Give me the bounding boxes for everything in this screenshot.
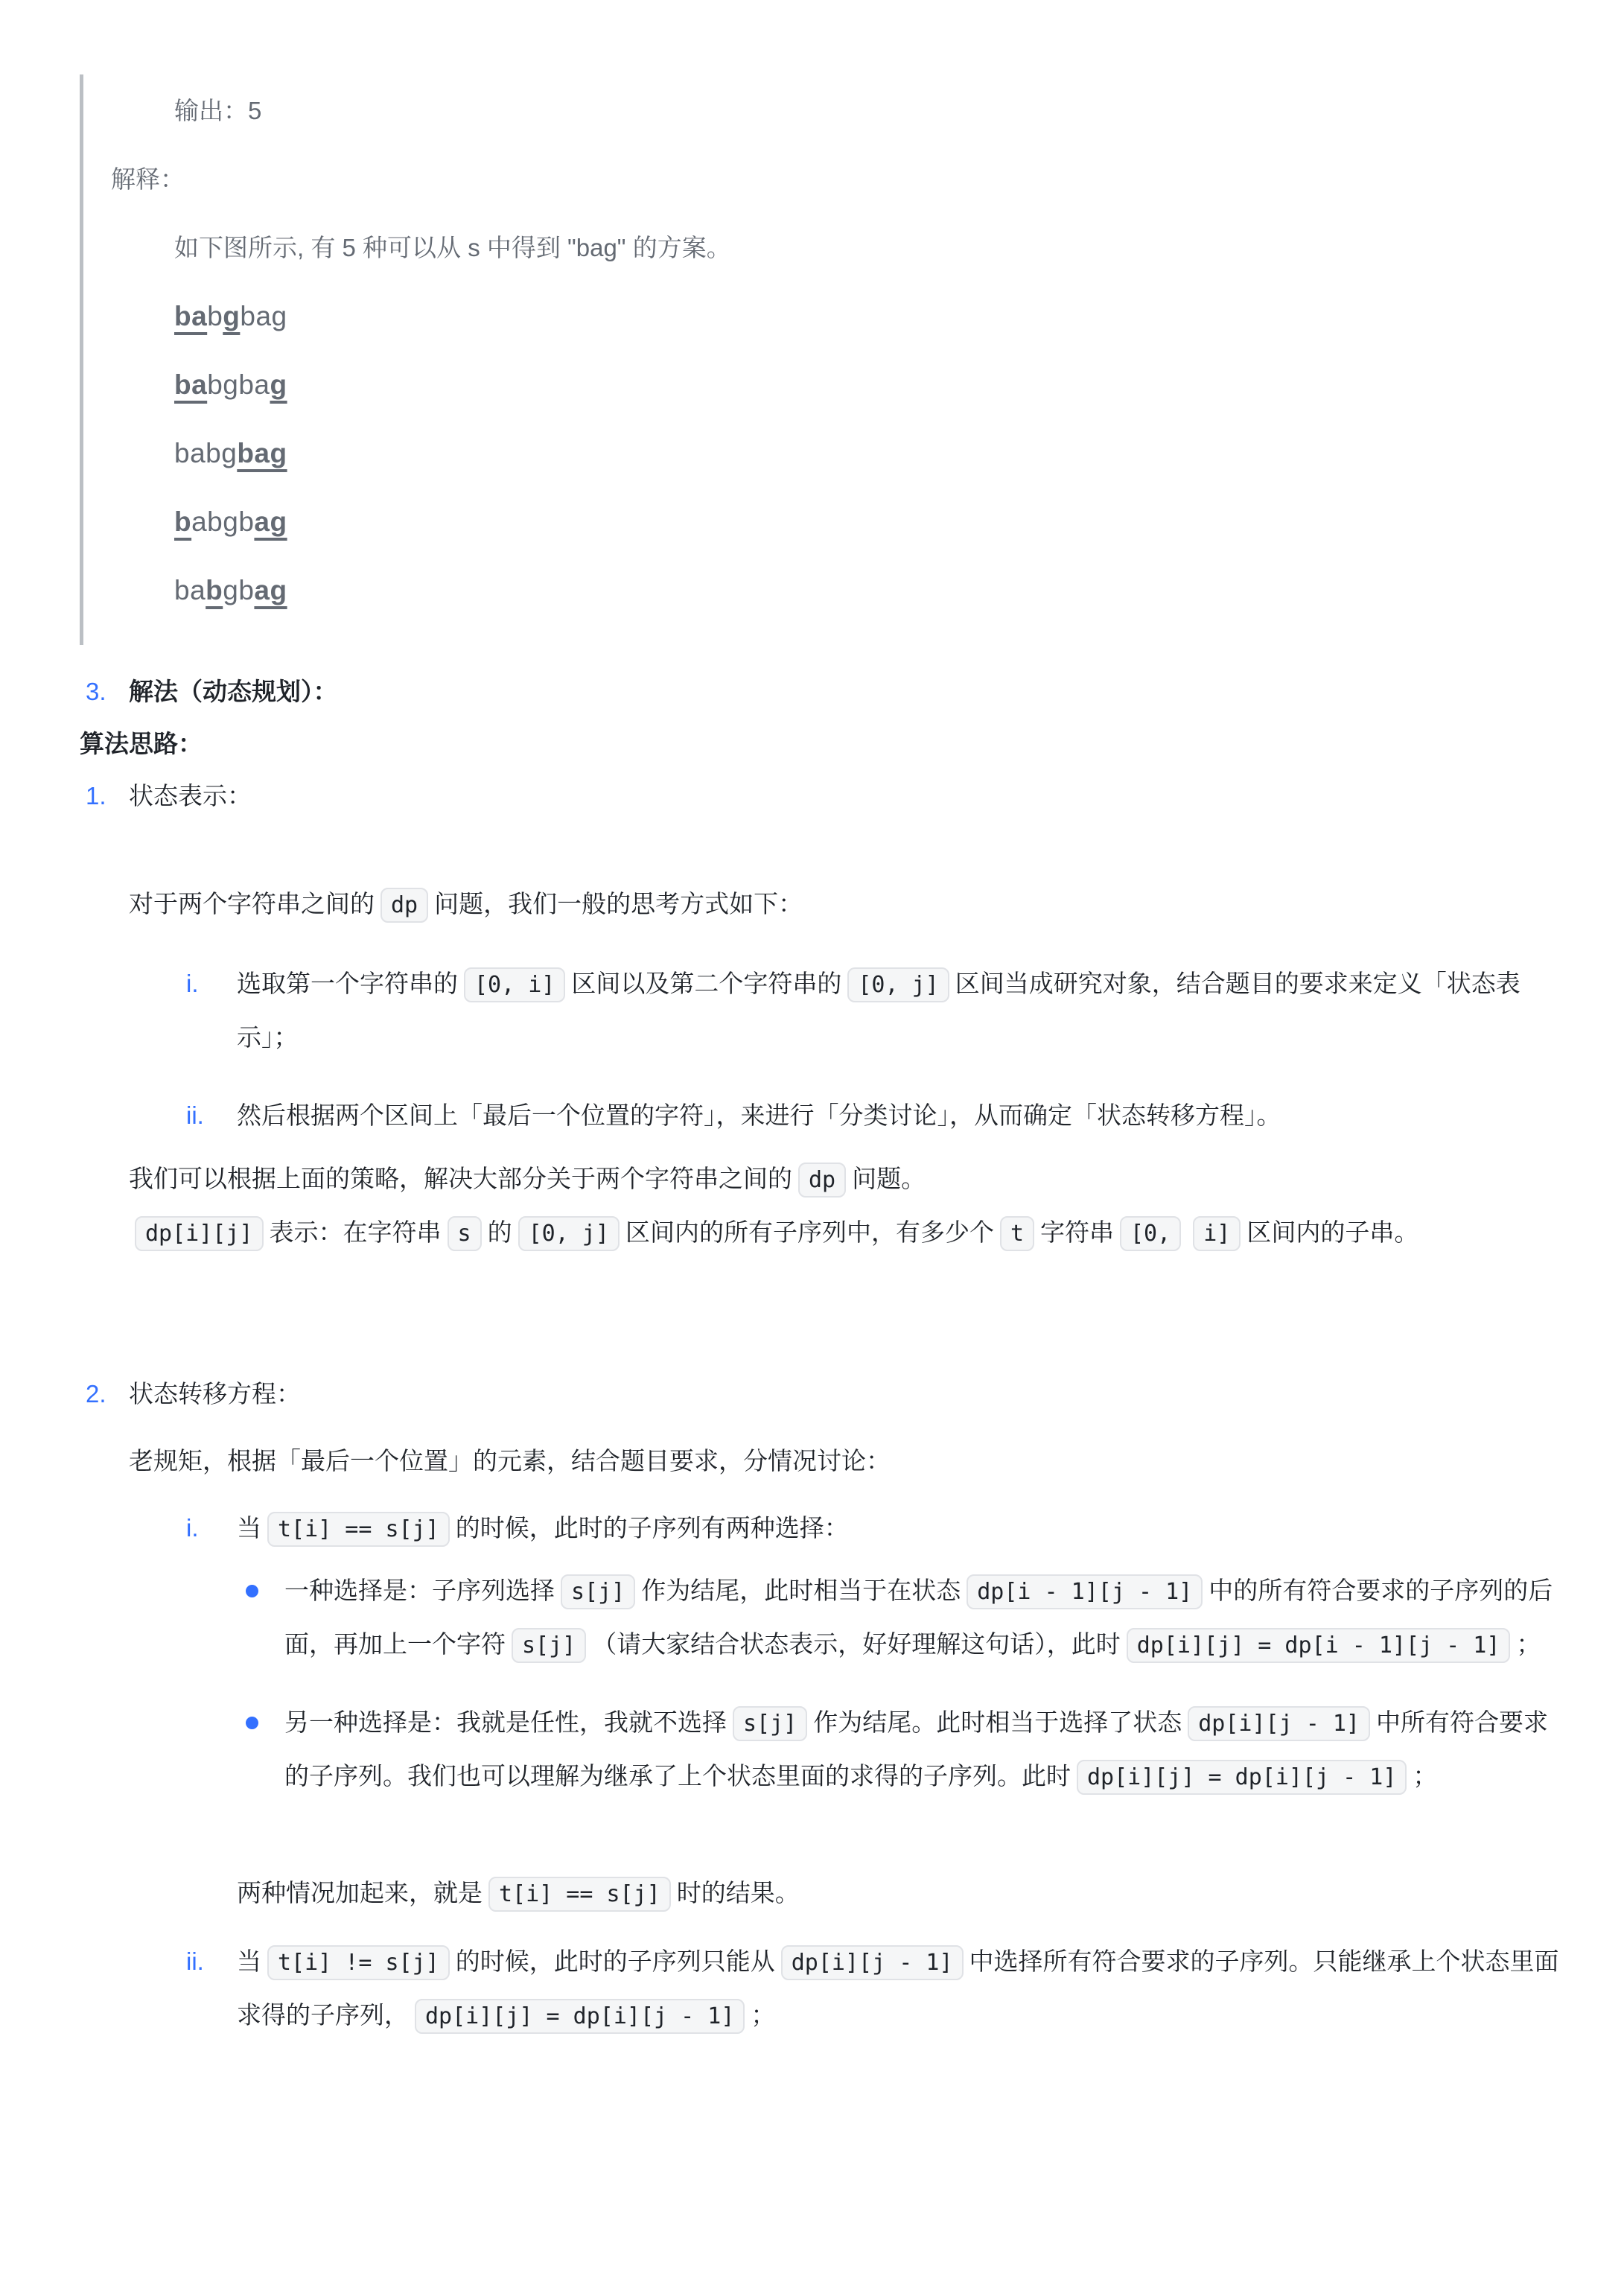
choice-one-text: 一种选择是：子序列选择s[j]作为结尾，此时相当于在状态dp[i - 1][j … xyxy=(284,1565,1572,1672)
inline-code: t xyxy=(1000,1216,1034,1251)
state-item-number: 1. xyxy=(86,770,129,822)
text-segment: 的 xyxy=(488,1218,512,1246)
inline-code: dp[i][j - 1] xyxy=(781,1945,964,1980)
section-solution-number: 3. xyxy=(86,666,129,718)
document-page: 输出：5 解释： 如下图所示, 有 5 种可以从 s 中得到 "bag" 的方案… xyxy=(0,0,1624,2296)
section-solution-title: 解法（动态规划）： xyxy=(129,666,338,718)
transition-item: 2. 状态转移方程： xyxy=(86,1368,1572,1420)
choice-one-item: 一种选择是：子序列选择s[j]作为结尾，此时相当于在状态dp[i - 1][j … xyxy=(86,1565,1572,1672)
text-segment: 的时候，此时的子序列只能从 xyxy=(456,1947,775,1975)
subsequence-line-1: babgbag xyxy=(111,290,1572,343)
text-segment: 解释： xyxy=(111,165,185,193)
inline-code: dp[i - 1][j - 1] xyxy=(967,1574,1203,1609)
subsequence-line-5: babgbag xyxy=(111,565,1572,617)
subsequence-line-2: babgbag xyxy=(111,359,1572,411)
text-segment: bag xyxy=(237,438,287,468)
bullet-icon xyxy=(246,1717,258,1729)
bullet-icon xyxy=(246,1585,258,1597)
inline-code: s[j] xyxy=(512,1628,586,1663)
inline-code: s[j] xyxy=(561,1574,635,1609)
state-item: 1. 状态表示： xyxy=(86,770,1572,822)
document-content: 输出：5 解释： 如下图所示, 有 5 种可以从 s 中得到 "bag" 的方案… xyxy=(0,0,1624,2043)
text-segment: 区间内的子串。 xyxy=(1246,1218,1418,1246)
text-segment: 区间以及第二个字符串的 xyxy=(571,970,841,997)
inline-code: t[i] != s[j] xyxy=(267,1945,450,1980)
transition-intro-paragraph: 老规矩，根据「最后一个位置」的元素，结合题目要求，分情况讨论： xyxy=(86,1435,1572,1487)
text-segment: 的时候，此时的子序列有两种选择： xyxy=(456,1514,849,1542)
approach-heading: 算法思路： xyxy=(80,718,1572,770)
inline-code: dp[i][j] xyxy=(135,1216,264,1251)
text-segment: ba xyxy=(174,301,207,331)
text-segment: 作为结尾，此时相当于在状态 xyxy=(641,1577,961,1604)
text-segment: b xyxy=(174,506,191,537)
text-segment: 字符串 xyxy=(1040,1218,1114,1246)
output-line: 输出：5 xyxy=(111,85,1572,137)
text-segment: 当 xyxy=(237,1947,261,1975)
explain-label: 解释： xyxy=(111,153,1572,206)
text-segment: ag xyxy=(254,575,287,605)
inline-code: s[j] xyxy=(733,1706,807,1741)
text-segment: g xyxy=(270,369,287,400)
subsequence-line-3: babgbag xyxy=(111,427,1572,480)
inline-code: i] xyxy=(1193,1216,1241,1251)
inline-code: [0, j] xyxy=(518,1216,620,1251)
inline-code: dp[i][j] = dp[i][j - 1] xyxy=(415,1999,745,2034)
text-segment: 作为结尾。此时相当于选择了状态 xyxy=(813,1708,1182,1736)
text-segment: 两种情况加起来，就是 xyxy=(237,1879,483,1907)
example-description: 如下图所示, 有 5 种可以从 s 中得到 "bag" 的方案。 xyxy=(111,222,1572,274)
text-segment: bgba xyxy=(207,369,270,400)
text-segment: g xyxy=(223,301,240,331)
inline-code: s xyxy=(448,1216,482,1251)
choice-two-text: 另一种选择是：我就是任性，我就不选择s[j]作为结尾。此时相当于选择了状态dp[… xyxy=(284,1696,1572,1804)
text-segment: gb xyxy=(223,575,254,605)
text-segment: ； xyxy=(1413,1762,1437,1790)
transition-roman-item-ii: ii. 当t[i] != s[j]的时候，此时的子序列只能从dp[i][j - … xyxy=(86,1936,1572,2043)
example-quote: 输出：5 解释： 如下图所示, 有 5 种可以从 s 中得到 "bag" 的方案… xyxy=(80,74,1572,645)
roman-numeral-ii: ii. xyxy=(186,1090,237,1142)
text-segment: bag xyxy=(240,301,287,331)
state-roman-i-text: 选取第一个字符串的[0, i]区间以及第二个字符串的[0, j]区间当成研究对象… xyxy=(237,958,1572,1063)
roman-numeral-ii: ii. xyxy=(186,1936,237,2043)
inline-code: t[i] == s[j] xyxy=(488,1877,671,1912)
text-segment: 老规矩，根据「最后一个位置」的元素，结合题目要求，分情况讨论： xyxy=(129,1447,891,1475)
roman-numeral-i: i. xyxy=(186,958,237,1063)
text-segment: 另一种选择是：我就是任性，我就不选择 xyxy=(284,1708,727,1736)
inline-code: dp xyxy=(380,888,428,923)
text-segment: babg xyxy=(174,438,237,468)
inline-code: [0, i] xyxy=(464,967,565,1002)
choice-two-item: 另一种选择是：我就是任性，我就不选择s[j]作为结尾。此时相当于选择了状态dp[… xyxy=(86,1696,1572,1804)
text-segment: ； xyxy=(1516,1630,1541,1658)
text-segment: 问题，我们一般的思考方式如下： xyxy=(434,890,803,918)
state-roman-item-ii: ii. 然后根据两个区间上「最后一个位置的字符」，来进行「分类讨论」，从而确定「… xyxy=(86,1090,1572,1142)
text-segment: 输出：5 xyxy=(174,97,261,124)
text-segment: 对于两个字符串之间的 xyxy=(129,890,375,918)
text-segment: b xyxy=(206,575,223,605)
transition-roman-item-i: i. 当t[i] == s[j]的时候，此时的子序列有两种选择： xyxy=(86,1502,1572,1556)
state-item-title: 状态表示： xyxy=(129,770,252,822)
text-segment: b xyxy=(207,301,223,331)
text-segment: ag xyxy=(254,506,287,537)
subsequence-line-4: babgbag xyxy=(111,496,1572,548)
roman-numeral-i: i. xyxy=(186,1502,237,1556)
text-segment: ba xyxy=(174,369,207,400)
inline-code: dp[i][j] = dp[i][j - 1] xyxy=(1077,1760,1407,1795)
state-roman-item-i: i. 选取第一个字符串的[0, i]区间以及第二个字符串的[0, j]区间当成研… xyxy=(86,958,1572,1063)
text-segment: 如下图所示, 有 5 种可以从 s 中得到 "bag" 的方案。 xyxy=(174,234,731,261)
text-segment: 选取第一个字符串的 xyxy=(237,970,458,997)
state-roman-ii-text: 然后根据两个区间上「最后一个位置的字符」，来进行「分类讨论」，从而确定「状态转移… xyxy=(237,1090,1281,1142)
text-segment: 一种选择是：子序列选择 xyxy=(284,1577,555,1604)
text-segment: （请大家结合状态表示，好好理解这句话），此时 xyxy=(592,1630,1121,1658)
transition-item-title: 状态转移方程： xyxy=(129,1368,301,1420)
text-segment: ； xyxy=(751,2001,775,2029)
sum-paragraph: 两种情况加起来，就是t[i] == s[j]时的结果。 xyxy=(86,1867,1572,1921)
text-segment: 问题。 xyxy=(852,1165,926,1192)
text-segment: abgb xyxy=(191,506,254,537)
state-strategy-paragraph: 我们可以根据上面的策略，解决大部分关于两个字符串之间的dp问题。 xyxy=(86,1153,1572,1206)
text-segment: 区间内的所有子序列中，有多少个 xyxy=(625,1218,994,1246)
inline-code: [0, j] xyxy=(847,967,949,1002)
state-definition-paragraph: dp[i][j]表示：在字符串s的[0, j]区间内的所有子序列中，有多少个t字… xyxy=(86,1206,1572,1260)
inline-code: dp[i][j - 1] xyxy=(1188,1706,1370,1741)
inline-code: dp[i][j] = dp[i - 1][j - 1] xyxy=(1127,1628,1511,1663)
inline-code: [0, xyxy=(1120,1216,1181,1251)
section-solution-item: 3. 解法（动态规划）： xyxy=(86,666,1572,718)
text-segment: 然后根据两个区间上「最后一个位置的字符」，来进行「分类讨论」，从而确定「状态转移… xyxy=(237,1101,1281,1129)
transition-roman-ii-text: 当t[i] != s[j]的时候，此时的子序列只能从dp[i][j - 1]中选… xyxy=(237,1936,1572,2043)
text-segment: 当 xyxy=(237,1514,261,1542)
text-segment: ba xyxy=(174,575,206,605)
transition-roman-i-text: 当t[i] == s[j]的时候，此时的子序列有两种选择： xyxy=(237,1502,849,1556)
transition-item-number: 2. xyxy=(86,1368,129,1420)
text-segment: 我们可以根据上面的策略，解决大部分关于两个字符串之间的 xyxy=(129,1165,792,1192)
state-intro-paragraph: 对于两个字符串之间的dp问题，我们一般的思考方式如下： xyxy=(86,878,1572,932)
inline-code: dp xyxy=(798,1163,846,1198)
text-segment: 表示：在字符串 xyxy=(270,1218,442,1246)
text-segment: 时的结果。 xyxy=(677,1879,800,1907)
inline-code: t[i] == s[j] xyxy=(267,1512,450,1547)
